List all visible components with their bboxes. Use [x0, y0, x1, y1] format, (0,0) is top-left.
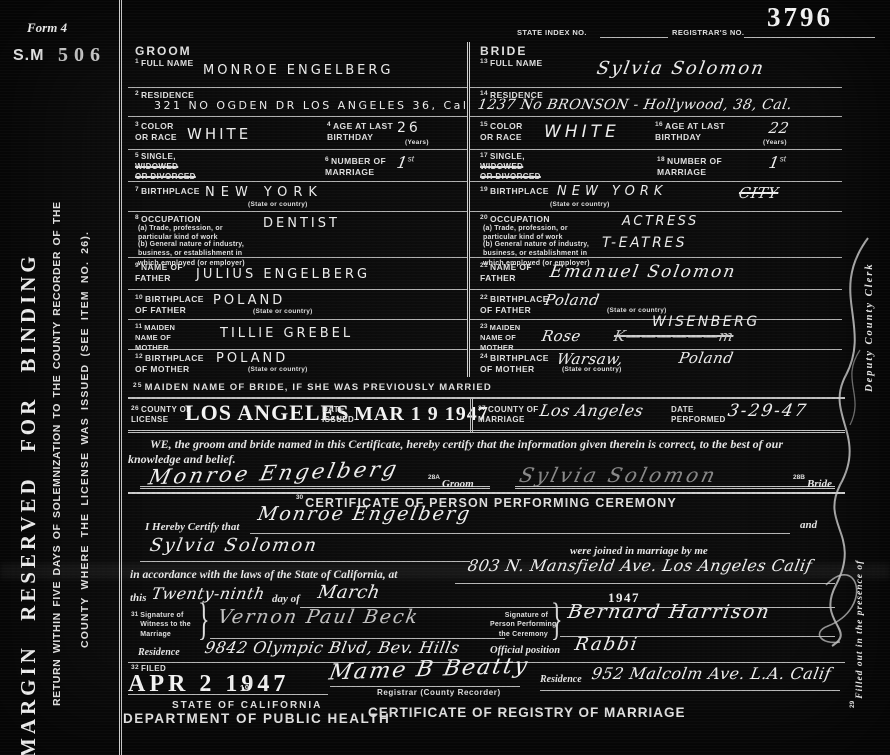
bride-father-label1: NAME OF	[490, 262, 532, 272]
bride-occupation-b2: business, or establishment in	[483, 250, 587, 257]
groom-occupation-b1: (b) General nature of industry,	[138, 241, 244, 248]
margin-return-line1: RETURN WITHIN FIVE DAYS OF SOLEMNIZATION…	[51, 201, 63, 706]
groom-marriage-label2: MARRIAGE	[325, 167, 374, 177]
bride-mother-value: Rose	[540, 327, 582, 345]
bride-birthplace-row: 19BIRTHPLACE NEW YORK (State or country)…	[470, 182, 842, 212]
binding-margin-divider	[119, 0, 122, 755]
witness-label1: Signature of	[140, 612, 183, 619]
groom-mother-bp-row: 12BIRTHPLACEOF MOTHER POLAND (State or c…	[128, 350, 467, 377]
groom-father-row: 9NAME OFFATHER JULIUS ENGELBERG	[128, 258, 467, 290]
groom-sig-label: Groom	[442, 478, 474, 490]
bride-occupation-no: 20	[480, 214, 488, 221]
bride-mother-bp-row: 24BIRTHPLACEOF MOTHER Warsaw, (State or …	[470, 350, 842, 377]
groom-name-value: MONROE ENGELBERG	[203, 63, 394, 78]
state-index-line	[600, 37, 668, 38]
groom-occupation-a-value: DENTIST	[263, 216, 340, 231]
groom-mother-bp-unit: (State or country)	[248, 366, 308, 373]
marriage-date-label2: PERFORMED	[671, 415, 726, 424]
bride-birthplace-value: NEW YORK	[557, 184, 667, 199]
bride-occupation-label: OCCUPATION	[490, 214, 550, 224]
bride-age-value: 22	[767, 119, 790, 137]
bride-birthplace-label: BIRTHPLACE	[490, 186, 549, 196]
bride-heading: BRIDE	[480, 44, 527, 58]
ceremony-dayof-label: day of	[272, 593, 300, 605]
license-date-label1: DATE	[322, 405, 345, 414]
bride-sig-no: 28B	[793, 474, 805, 481]
bride-status-row: 17SINGLE, WIDOWED OR DIVORCED 18NUMBER O…	[470, 150, 842, 182]
bride-marriage-label1: NUMBER OF	[667, 156, 722, 166]
bride-birthplace-unit: (State or country)	[550, 201, 610, 208]
ceremony-accordance: in accordance with the laws of the State…	[130, 569, 397, 581]
bride-occupation-row: 20OCCUPATION (a) Trade, profession, orpa…	[470, 212, 842, 258]
bride-signature-line	[515, 486, 835, 489]
ceremony-line3	[455, 583, 835, 584]
groom-age-label2: BIRTHDAY	[327, 132, 373, 142]
performer-label1: Signature of	[505, 612, 548, 619]
bride-father-bp-unit: (State or country)	[607, 307, 667, 314]
bride-mother-bp-no: 24	[480, 353, 488, 360]
bride-marriage-label2: MARRIAGE	[657, 167, 706, 177]
groom-bride-columns: GROOM 1FULL NAME MONROE ENGELBERG 2RESID…	[128, 42, 845, 377]
groom-father-bp-label1: BIRTHPLACE	[145, 294, 204, 304]
groom-mother-label1: MAIDEN	[144, 323, 175, 332]
ceremony-place: 803 N. Mansfield Ave. Los Angeles Calif	[466, 556, 814, 575]
bride-age-no: 16	[655, 121, 663, 128]
groom-occupation-row: 8OCCUPATION (a) Trade, profession, orpar…	[128, 212, 467, 258]
ceremony-this-label: this	[130, 592, 147, 604]
bride-mother-label1: MAIDEN	[490, 323, 521, 332]
witness-residence-value: 9842 Olympic Blvd, Bev. Hills	[203, 638, 461, 657]
performer-label3: the Ceremony	[499, 631, 548, 638]
bride-name-no: 13	[480, 58, 488, 65]
registrar-no-line	[744, 37, 875, 38]
official-position-value: Rabbi	[573, 634, 640, 655]
ceremony-line2	[140, 561, 470, 562]
bride-father-bp-label2: OF FATHER	[480, 305, 531, 315]
groom-father-bp-label2: OF FATHER	[135, 305, 186, 315]
performer-label-block: Signature ofPerson Performingthe Ceremon…	[490, 611, 548, 639]
license-no: 26	[131, 405, 139, 412]
bride-marriage-value: 1	[767, 153, 781, 172]
groom-father-label2: FATHER	[135, 273, 171, 283]
groom-heading: GROOM	[135, 44, 192, 58]
groom-father-bp-row: 10BIRTHPLACEOF FATHER POLAND (State or c…	[128, 290, 467, 320]
groom-occupation-no: 8	[135, 214, 139, 221]
witness-label3: Marriage	[140, 631, 171, 638]
groom-age-unit: (Years)	[405, 139, 429, 146]
bride-name-value: Sylvia Solomon	[595, 58, 767, 79]
marriage-certificate-photo: Form 4 S.M 506 MARGIN RESERVED FOR BINDI…	[0, 0, 890, 755]
bride-father-no: 21	[480, 262, 488, 269]
bride-status-single: SINGLE,	[490, 152, 525, 161]
bride-color-label1: COLOR	[490, 121, 523, 131]
performer-residence-line	[540, 690, 840, 691]
groom-father-bp-no: 10	[135, 294, 143, 301]
groom-father-bp-value: POLAND	[213, 293, 285, 308]
bride-occupation-b-value: T-EATRES	[602, 235, 687, 251]
license-row: 26COUNTY OFLICENSE LOS ANGELES DATEISSUE…	[128, 399, 845, 433]
bride-mother-bp-label2: OF MOTHER	[480, 364, 535, 374]
groom-birthplace-label: BIRTHPLACE	[141, 186, 200, 196]
performer-brace: }	[551, 596, 563, 647]
registrar-signature: Mame B Beatty	[327, 654, 531, 686]
groom-mother-row: 11MAIDENNAME OFMOTHER TILLIE GREBEL	[128, 320, 467, 350]
groom-status-no: 5	[135, 152, 139, 159]
bride-mother-label2: NAME OF	[480, 333, 516, 342]
groom-occupation-b2: business, or establishment in	[138, 250, 242, 257]
maiden-row-no: 25	[133, 382, 143, 389]
groom-color-no: 3	[135, 121, 139, 128]
witness-residence-label: Residence	[138, 647, 180, 658]
bride-birthplace-struck: CITY	[737, 184, 779, 202]
groom-birthplace-no: 7	[135, 186, 139, 193]
bride-status-no: 17	[480, 152, 488, 159]
margin-return-line2: COUNTY WHERE THE LICENSE WAS ISSUED (SEE…	[79, 231, 91, 648]
bride-fullname-row: BRIDE 13FULL NAME Sylvia Solomon	[470, 42, 842, 88]
bride-birthplace-no: 19	[480, 186, 488, 193]
groom-sig-no: 28A	[428, 474, 440, 481]
license-date-stamp: MAR 1 9 1947	[354, 403, 489, 426]
bride-occupation-b1: (b) General nature of industry,	[483, 241, 589, 248]
bride-status-widowed: WIDOWED	[480, 162, 523, 171]
ceremony-groom-name: Monroe Engelberg	[256, 503, 473, 525]
witness-signature: Vernon Paul Beck	[216, 606, 421, 628]
groom-occupation-a1: (a) Trade, profession, or	[138, 225, 223, 232]
marriage-county-label1: COUNTY OF	[488, 405, 539, 414]
groom-age-no: 4	[327, 121, 331, 128]
bride-residence-row: 14RESIDENCE 1237 No BRONSON - Hollywood,…	[470, 88, 842, 117]
groom-father-bp-unit: (State or country)	[253, 308, 313, 315]
footer-department: DEPARTMENT OF PUBLIC HEALTH	[123, 710, 390, 728]
groom-father-value: JULIUS ENGELBERG	[196, 267, 370, 282]
marriage-county-no: 27	[478, 405, 486, 412]
marriage-date-label1: DATE	[671, 405, 694, 414]
certify-line1: WE, the groom and bride named in this Ce…	[150, 437, 850, 452]
bride-color-no: 15	[480, 121, 488, 128]
bride-signature: Sylvia Solomon	[517, 463, 720, 487]
registrar-label: Registrar (County Recorder)	[377, 688, 501, 698]
groom-birthplace-value: NEW YORK	[205, 185, 323, 200]
groom-mother-bp-value: POLAND	[216, 351, 288, 366]
ceremony-bride-name: Sylvia Solomon	[148, 535, 320, 556]
sm-stamp-number: 506	[58, 44, 106, 67]
groom-mother-label2: NAME OF	[135, 333, 171, 342]
groom-age-label1: AGE AT LAST	[333, 121, 393, 131]
sm-label: S.M	[13, 47, 44, 65]
groom-mother-value: TILLIE GREBEL	[220, 326, 353, 341]
license-label2: LICENSE	[131, 415, 168, 424]
bride-mother-bp-unit: (State or country)	[562, 366, 622, 373]
bride-name-label: FULL NAME	[490, 58, 543, 68]
bride-father-label2: FATHER	[480, 273, 516, 283]
license-row-divider	[470, 399, 473, 433]
bride-residence-value: 1237 No BRONSON - Hollywood, 38, Cal.	[477, 97, 794, 113]
groom-marriage-value: 1	[395, 153, 409, 172]
bride-mother-no: 23	[480, 323, 488, 330]
bride-father-bp-value: Poland	[543, 291, 601, 309]
marriage-county-label2: MARRIAGE	[478, 415, 525, 424]
bride-mother-corrected: WISENBERG	[652, 314, 760, 330]
filed-line	[128, 694, 328, 695]
ceremony-no: 30	[296, 494, 303, 501]
state-index-label: STATE INDEX NO.	[517, 28, 587, 38]
bride-mother-bp-label1: BIRTHPLACE	[490, 353, 549, 363]
groom-mother-no: 11	[135, 323, 142, 330]
witness-label2: Witness to the	[140, 621, 191, 628]
groom-occupation-label: OCCUPATION	[141, 214, 201, 224]
groom-marriage-label1: NUMBER OF	[331, 156, 386, 166]
registrar-line	[330, 686, 520, 687]
groom-color-label2: OR RACE	[135, 132, 177, 142]
performer-signature: Bernard Harrison	[566, 601, 773, 623]
groom-color-age-row: 3COLOROR RACE WHITE 4AGE AT LASTBIRTHDAY…	[128, 117, 467, 150]
ceremony-month: March	[316, 582, 382, 603]
maiden-row-label: MAIDEN NAME OF BRIDE, IF SHE WAS PREVIOU…	[145, 382, 492, 393]
maiden-name-row: 25MAIDEN NAME OF BRIDE, IF SHE WAS PREVI…	[128, 377, 845, 399]
bride-occupation-a-value: ACTRESS	[622, 214, 699, 229]
bride-age-unit: (Years)	[763, 139, 787, 146]
bride-father-bp-no: 22	[480, 294, 488, 301]
groom-column: GROOM 1FULL NAME MONROE ENGELBERG 2RESID…	[128, 42, 470, 377]
groom-color-value: WHITE	[187, 125, 251, 143]
bride-age-label2: BIRTHDAY	[655, 132, 701, 142]
performer-residence-label: Residence	[540, 674, 582, 685]
groom-mother-bp-label2: OF MOTHER	[135, 364, 190, 374]
margin-binding-text: MARGIN RESERVED FOR BINDING	[16, 252, 41, 755]
groom-color-label1: COLOR	[141, 121, 174, 131]
groom-birthplace-unit: (State or country)	[248, 201, 308, 208]
groom-status-single: SINGLE,	[141, 152, 176, 161]
groom-status-widowed: WIDOWED	[135, 162, 178, 171]
bride-color-value: WHITE	[544, 122, 620, 142]
witness-label-block: 31Signature ofWitness to theMarriage	[131, 611, 191, 639]
performer-residence-value: 952 Malcolm Ave. L.A. Calif	[590, 664, 832, 683]
groom-residence-row: 2RESIDENCE 321 NO OGDEN DR LOS ANGELES 3…	[128, 88, 467, 117]
filed-year-prefix: 19	[240, 684, 250, 693]
marriage-date-value: 3-29-47	[726, 401, 809, 421]
witness-no: 31	[131, 611, 138, 618]
bride-age-label1: AGE AT LAST	[665, 121, 725, 131]
bride-mother-bp-value2: Poland	[677, 349, 735, 367]
clerk-signature-flourish	[810, 230, 880, 650]
ceremony-prefix: I Hereby Certify that	[145, 521, 239, 533]
footer-certificate-title: CERTIFICATE OF REGISTRY OF MARRIAGE	[368, 704, 686, 722]
registrar-no-label: REGISTRAR'S NO.	[672, 28, 744, 38]
registrar-stamp-number: 3796	[767, 2, 833, 33]
bride-color-label2: OR RACE	[480, 132, 522, 142]
bride-father-bp-label1: BIRTHPLACE	[490, 294, 549, 304]
groom-name-label: FULL NAME	[141, 58, 194, 68]
bride-father-value: Emanuel Solomon	[548, 262, 738, 282]
bride-color-age-row: 15COLOROR RACE WHITE 16AGE AT LASTBIRTHD…	[470, 117, 842, 150]
bride-status-divorced: OR DIVORCED	[480, 172, 541, 181]
ceremony-heading-band: 30CERTIFICATE OF PERSON PERFORMING CEREM…	[128, 492, 845, 512]
presence-no: 29	[849, 701, 856, 708]
marriage-county-value: Los Angeles	[538, 401, 645, 420]
bride-marriage-no: 18	[657, 156, 665, 163]
ceremony-line1	[250, 533, 790, 534]
groom-birthplace-row: 7BIRTHPLACE NEW YORK (State or country)	[128, 182, 467, 212]
groom-residence-value: 321 NO OGDEN DR LOS ANGELES 36, Cal	[154, 99, 468, 112]
groom-marriage-no: 6	[325, 156, 329, 163]
groom-father-no: 9	[135, 262, 139, 269]
bride-father-row: 21NAME OFFATHER Emanuel Solomon	[470, 258, 842, 290]
groom-name-no: 1	[135, 58, 139, 65]
form-number: Form 4	[27, 20, 67, 36]
bride-occupation-a1: (a) Trade, profession, or	[483, 225, 568, 232]
bride-column: BRIDE 13FULL NAME Sylvia Solomon 14RESID…	[470, 42, 842, 377]
bride-residence-no: 14	[480, 90, 488, 97]
groom-status-divorced: OR DIVORCED	[135, 172, 196, 181]
groom-status-row: 5SINGLE, WIDOWED OR DIVORCED 6NUMBER OFM…	[128, 150, 467, 182]
filed-no: 32	[131, 664, 139, 671]
license-date-label2: ISSUED	[322, 415, 354, 424]
groom-father-label1: NAME OF	[141, 262, 183, 272]
performer-label2: Person Performing	[490, 621, 556, 628]
groom-mother-bp-no: 12	[135, 353, 143, 360]
groom-residence-no: 2	[135, 90, 139, 97]
groom-fullname-row: GROOM 1FULL NAME MONROE ENGELBERG	[128, 42, 467, 88]
groom-mother-bp-label1: BIRTHPLACE	[145, 353, 204, 363]
groom-age-value: 26	[397, 120, 421, 136]
bride-mother-row: 23MAIDENNAME OFMOTHER Rose K——————m WISE…	[470, 320, 842, 350]
